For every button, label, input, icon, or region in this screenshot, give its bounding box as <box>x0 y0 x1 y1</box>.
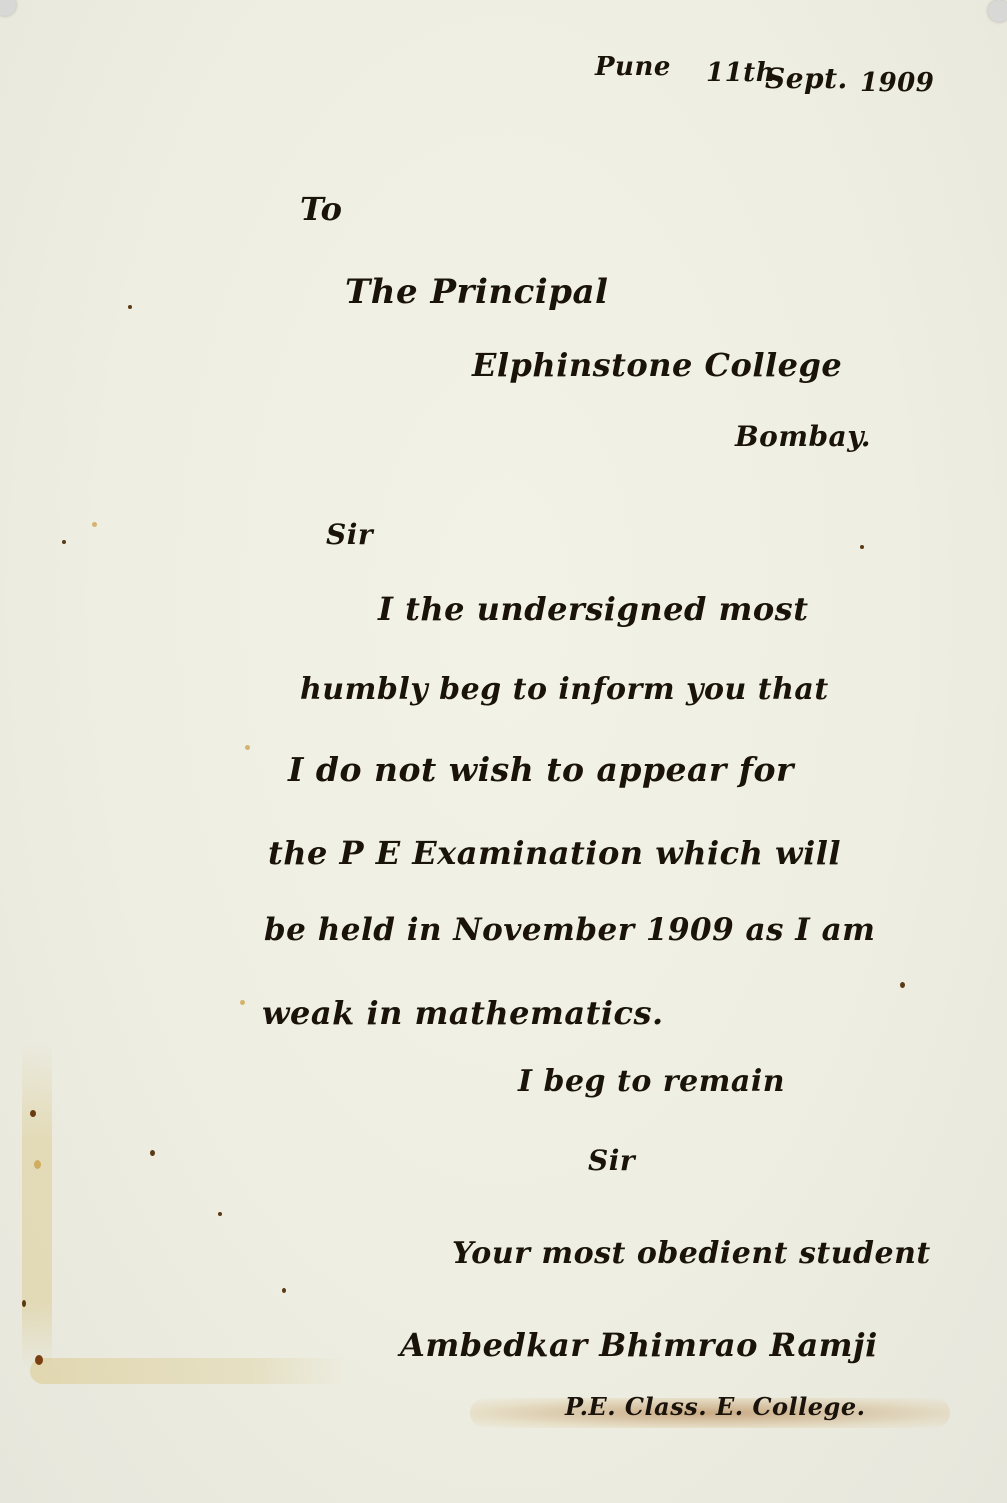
closing-sir: Sir <box>588 1144 635 1177</box>
closing-line: I beg to remain <box>518 1064 785 1099</box>
stain-left-edge <box>22 1040 52 1370</box>
ink-speck <box>860 545 864 549</box>
date-month: Sept. <box>765 62 848 95</box>
ink-speck <box>150 1150 155 1156</box>
ink-speck <box>900 982 905 988</box>
ink-speck <box>218 1212 222 1216</box>
date-year: 1909 <box>860 68 934 98</box>
rust-speck <box>34 1160 41 1169</box>
recipient-institution: Elphinstone College <box>472 346 842 384</box>
ink-speck <box>62 540 66 544</box>
recipient-city: Bombay. <box>735 420 871 453</box>
rust-speck <box>92 522 97 527</box>
class-line: P.E. Class. E. College. <box>565 1392 865 1421</box>
rust-spot <box>35 1355 43 1365</box>
to-label: To <box>300 190 342 228</box>
stain-bottom-edge <box>30 1358 350 1384</box>
rust-speck <box>240 1000 245 1005</box>
body-line-4: the P E Examination which will <box>268 834 841 872</box>
ink-speck <box>282 1288 286 1293</box>
rust-speck <box>245 745 250 750</box>
body-line-1: I the undersigned most <box>378 590 808 628</box>
recipient-title: The Principal <box>345 272 608 312</box>
closing-valediction: Your most obedient student <box>452 1236 931 1271</box>
rust-spot <box>30 1110 36 1117</box>
signature: Ambedkar Bhimrao Ramji <box>400 1326 878 1364</box>
body-line-2: humbly beg to inform you that <box>300 672 829 707</box>
ink-speck <box>22 1300 26 1307</box>
body-line-6: weak in mathematics. <box>262 994 664 1032</box>
pushpin-top-left <box>0 0 16 16</box>
letter-page: Pune 11th Sept. 1909 To The Principal El… <box>0 0 1007 1503</box>
place: Pune <box>595 52 671 82</box>
pushpin-top-right <box>988 0 1007 22</box>
ink-speck <box>128 305 132 309</box>
greeting: Sir <box>326 518 373 551</box>
body-line-5: be held in November 1909 as I am <box>264 912 875 948</box>
body-line-3: I do not wish to appear for <box>288 750 794 789</box>
